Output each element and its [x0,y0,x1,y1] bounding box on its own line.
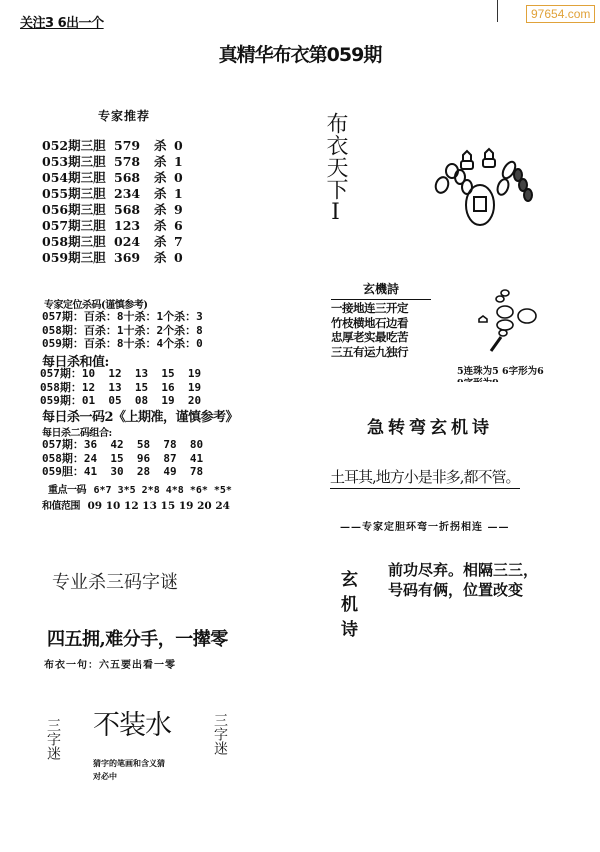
sum-range-row: 和值范围 09 10 12 13 15 19 20 24 [42,497,230,512]
daily-two-code-heading: 每日杀二码组合: [42,424,112,439]
list-item: 059期三胆369杀0 [42,250,183,266]
xuanji-vertical-title: 玄机诗 [336,570,358,645]
poem-line: 竹枝横地石边看 [331,316,431,331]
turn-poem-line: 土耳其,地方小是非多,都不管。 [330,466,520,489]
turn-poem-title: 急转弯玄机诗 [367,413,493,438]
riddle-big-text: 不装水 [93,703,171,742]
list-item: 057期：36 42 58 78 80 [42,438,203,452]
riddle-right-vertical: 三字迷 [212,713,228,755]
riddle-caption-2: 对必中 [93,771,117,782]
sum-range-label: 和值范围 [42,501,80,512]
list-item: 058期三胆024杀7 [42,234,183,250]
daily-one-code-heading: 每日杀一码2《上期准，谨慎参考》 [42,406,238,425]
list-item: 058期：24 15 96 87 41 [42,452,203,466]
xuanji-poem-lines: 前功尽弃。相隔三三， 号码有俩，位置改变 [388,560,538,600]
list-item: 059期：百杀：8十杀：4个杀：0 [42,337,203,351]
top-note: 关注3 6出一个 [20,12,104,31]
list-item: 059胆：41 30 28 49 78 [42,465,203,479]
mystic-poem: 玄機詩 一接地连三开定 竹枝横地石边看 忠厚老实最吃苦 三五有运九独行 [331,280,431,359]
mystic-poem-title: 玄機詩 [331,280,431,300]
list-item: 052期三胆579杀0 [42,138,183,154]
page-title: 真精华布衣第059期 [0,40,600,67]
expert-picks-list: 052期三胆579杀0 053期三胆578杀1 054期三胆568杀0 055期… [42,138,183,266]
sum-range-value: 09 10 12 13 15 19 20 24 [87,500,229,512]
expert-picks-heading: 专家推荐 [98,107,150,124]
riddle-left-vertical: 三字迷 [45,718,61,760]
kill-three-riddle: 四五拥,难分手，一撵零 [47,625,228,651]
poem-line: 号码有俩，位置改变 [388,580,538,600]
turn-poem-subtitle: ——专家定胆环弯一折拐相连 —— [340,518,509,533]
poem-line: 三五有运九独行 [331,345,431,360]
position-kill-list: 057期：百杀：8十杀：1个杀：3058期：百杀：1十杀：2个杀：8059期：百… [42,310,203,351]
bead-note-2: 9字形为9 [457,375,499,382]
key-code-row: 重点一码 6*7 3*5 2*8 4*8 *6* *5* [48,481,232,496]
list-item: 058期：百杀：1十杀：2个杀：8 [42,324,203,338]
list-item: 057期三胆123杀6 [42,218,183,234]
poem-line: 前功尽弃。相隔三三， [388,560,538,580]
riddle-caption-1: 猜字的笔画和含义猜 [93,758,165,769]
key-code-value: 6*7 3*5 2*8 4*8 *6* *5* [93,485,231,496]
list-item: 057期：百杀：8十杀：1个杀：3 [42,310,203,324]
watermark[interactable]: 97654.com [526,5,595,23]
kill-three-hint: 布衣一句：六五要出看一零 [44,656,176,671]
list-item: 055期三胆234杀1 [42,186,183,202]
divider-line [497,0,498,22]
list-item: 057期：10 12 13 15 19 [40,367,201,381]
list-item: 054期三胆568杀0 [42,170,183,186]
key-code-label: 重点一码 [48,485,86,496]
kill-three-heading: 专业杀三码字谜 [52,568,178,594]
bead-chain-illustration [475,285,545,355]
list-item: 058期：12 13 15 16 19 [40,381,201,395]
vertical-title-buyi: 布衣天下I [322,112,348,225]
daily-two-code-list: 057期：36 42 58 78 80058期：24 15 96 87 4105… [42,438,203,479]
daily-sum-kill-list: 057期：10 12 13 15 19058期：12 13 15 16 1905… [40,367,201,408]
bead-necklace-illustration [430,145,575,235]
poem-line: 一接地连三开定 [331,301,431,316]
poem-line: 忠厚老实最吃苦 [331,330,431,345]
list-item: 053期三胆578杀1 [42,154,183,170]
position-kill-heading: 专家定位杀码(谨慎参考) [44,296,147,311]
list-item: 056期三胆568杀9 [42,202,183,218]
